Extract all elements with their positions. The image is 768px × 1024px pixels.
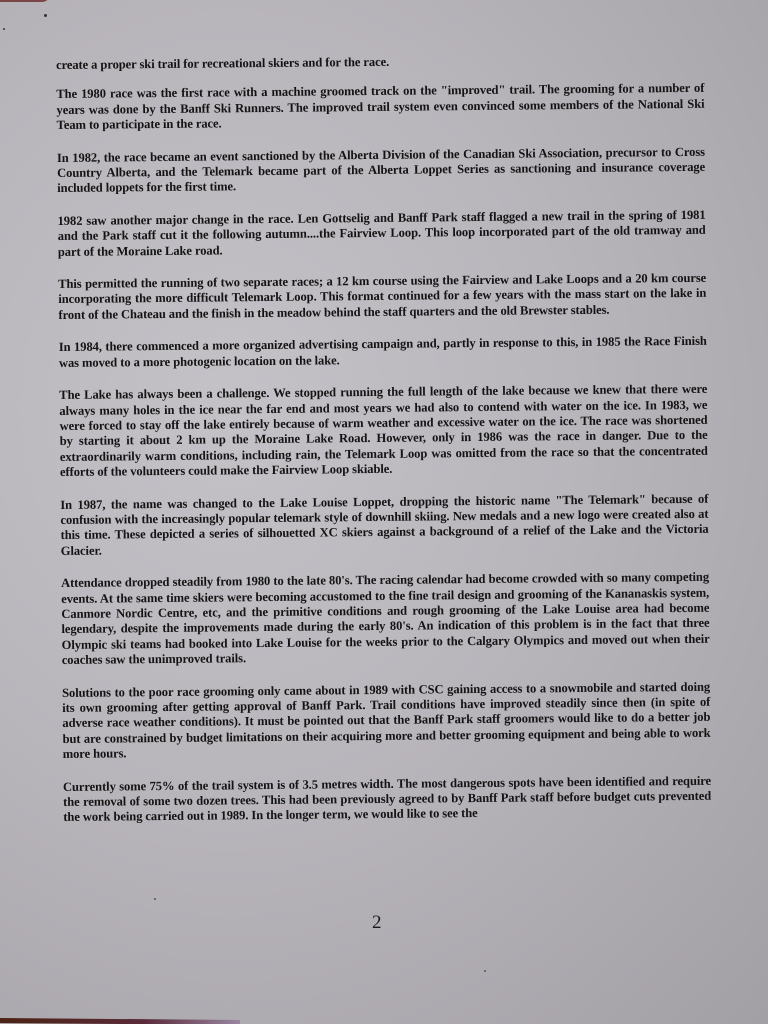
- paragraph: The 1980 race was the first race with a …: [56, 81, 704, 133]
- paper-speck: [3, 28, 5, 30]
- paragraph: 1982 saw another major change in the rac…: [57, 208, 705, 260]
- paragraph: In 1987, the name was changed to the Lak…: [60, 491, 709, 559]
- document-page: create a proper ski trail for recreation…: [0, 0, 768, 1024]
- paragraph: This permitted the running of two separa…: [58, 271, 706, 323]
- paragraph: Attendance dropped steadily from 1980 to…: [61, 570, 710, 669]
- paragraph: create a proper ski trail for recreation…: [56, 52, 704, 74]
- paper-speck: [44, 14, 47, 17]
- document-body: create a proper ski trail for recreation…: [56, 52, 712, 843]
- paragraph: In 1984, there commenced a more organize…: [59, 334, 707, 371]
- paragraph: In 1982, the race became an event sancti…: [57, 144, 705, 196]
- paragraph: The Lake has always been a challenge. We…: [59, 382, 708, 481]
- page-number: 2: [372, 912, 382, 934]
- paper-speck: [484, 970, 486, 972]
- paragraph: Solutions to the poor race grooming only…: [62, 679, 711, 762]
- paper-speck: [154, 898, 156, 900]
- paragraph: Currently some 75% of the trail system i…: [63, 773, 711, 825]
- background-edge: [0, 1018, 240, 1024]
- background-edge: [0, 0, 50, 2]
